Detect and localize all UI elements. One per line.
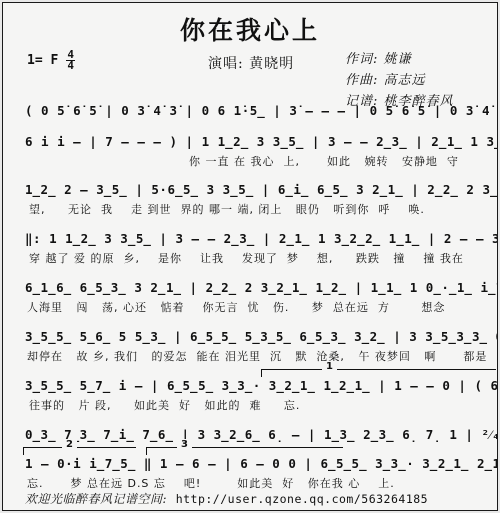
lyricist-credit: 作词: 姚谦: [345, 49, 454, 70]
performer-credit: 演唱: 黄晓明: [208, 53, 294, 73]
lyrics-line-6: 却停在 故 乡, 我们 的爱怎 能在 泪光里 沉 默 沧桑, 午 夜梦回 啊 都…: [27, 348, 487, 364]
notes-line-2: 6 i i – | 7 – – – ) | 1 1̲2̲ 3 3̲5̲ | 3 …: [25, 134, 493, 149]
notes-line-4: ‖: 1 1̲2̲ 3 3̲5̲ | 3 – – 2̲3̲ | 2̲1̲ 1 3…: [25, 231, 493, 246]
composer-credit: 作曲: 高志远: [345, 70, 454, 91]
key-time-signature: 1= F 4 4: [27, 50, 75, 71]
footer-welcome-text: 欢迎光临醉春风记谱空间:: [25, 492, 176, 506]
time-signature-denominator: 4: [67, 61, 74, 71]
lyrics-line-2: 你 一直 在 我心 上, 如此 婉转 安静地 守: [189, 153, 459, 169]
lyrics-line-4: 穿 越了 爱 的原 乡, 是你 让我 发现了 梦 想, 跌跌 撞 撞 我在: [29, 250, 464, 266]
notes-line-8: 0̲3̲ 7̲3̲ 7̲i̲ 7̲6̲ | 3 3̲2̲6̲ 6̣ – | 1̲…: [25, 427, 493, 443]
lyrics-line-5: 人海里 闯 荡, 心还 惦着 你无言 忧 伤. 梦 总在远 方 想念: [27, 299, 445, 315]
first-ending-number: 1: [322, 361, 337, 372]
notes-line-9: 1 – 0·i i̲7̲5̲ ‖ 1 – 6 – | 6 – 0 0 | 6̲5…: [25, 456, 493, 471]
lyrics-line-7: 往事的 片 段, 如此美 好 如此的 难 忘.: [29, 397, 300, 413]
second-ending-bracket: 2: [23, 447, 136, 455]
first-ending-bracket: 1: [261, 369, 496, 377]
notes-line-5: 6̲1̲6̲ 6̲5̲3̲ 3 2̲1̲ | 2̲2̲ 2 3̲2̲1̲ 1̲2…: [25, 280, 493, 295]
notes-line-1: ( 0 5̇ 6̇ 5̇ | 0 3̇ 4̇ 3̇ | 0 6 1̇·5̲ | …: [25, 103, 493, 118]
notes-line-6: 3̲5̲5̲ 5̲6̲ 5 5̲3̲ | 6̲5̲5̲ 5̲3̲5̲ 6̲5̲3…: [25, 329, 493, 344]
footer-note: 欢迎光临醉春风记谱空间: http://user.qzone.qq.com/56…: [25, 490, 428, 507]
lyrics-line-3: 望, 无论 我 走 到世 界的 哪一 端, 闭上 眼仍 听到你 呼 唤.: [29, 201, 425, 217]
second-ending-number: 2: [62, 439, 77, 450]
notes-line-7: 3̲5̲5̲ 5̲7̲ i – | 6̲5̲5̲ 3̲3̲· 3̲2̲1̲ 1̲…: [25, 378, 493, 393]
key-signature: 1= F: [27, 53, 58, 68]
third-ending-bracket: 3: [146, 447, 343, 455]
sheet-music-page: 你在我心上 1= F 4 4 演唱: 黄晓明 作词: 姚谦 作曲: 高志远 记谱…: [2, 2, 498, 511]
third-ending-number: 3: [177, 439, 192, 450]
notes-line-3: 1̲2̲ 2 – 3̲5̲ | 5·6̲5̲ 3 3̲5̲ | 6̲i̲ 6̲5…: [25, 182, 493, 197]
lyrics-line-9: 忘. 梦 总在远 D.S 忘 吧! 如此美 好 你在我 心 上.: [27, 475, 395, 491]
time-signature: 4 4: [66, 50, 75, 71]
song-title: 你在我心上: [3, 11, 497, 47]
footer-url-link[interactable]: http://user.qzone.qq.com/563264185: [176, 492, 428, 506]
